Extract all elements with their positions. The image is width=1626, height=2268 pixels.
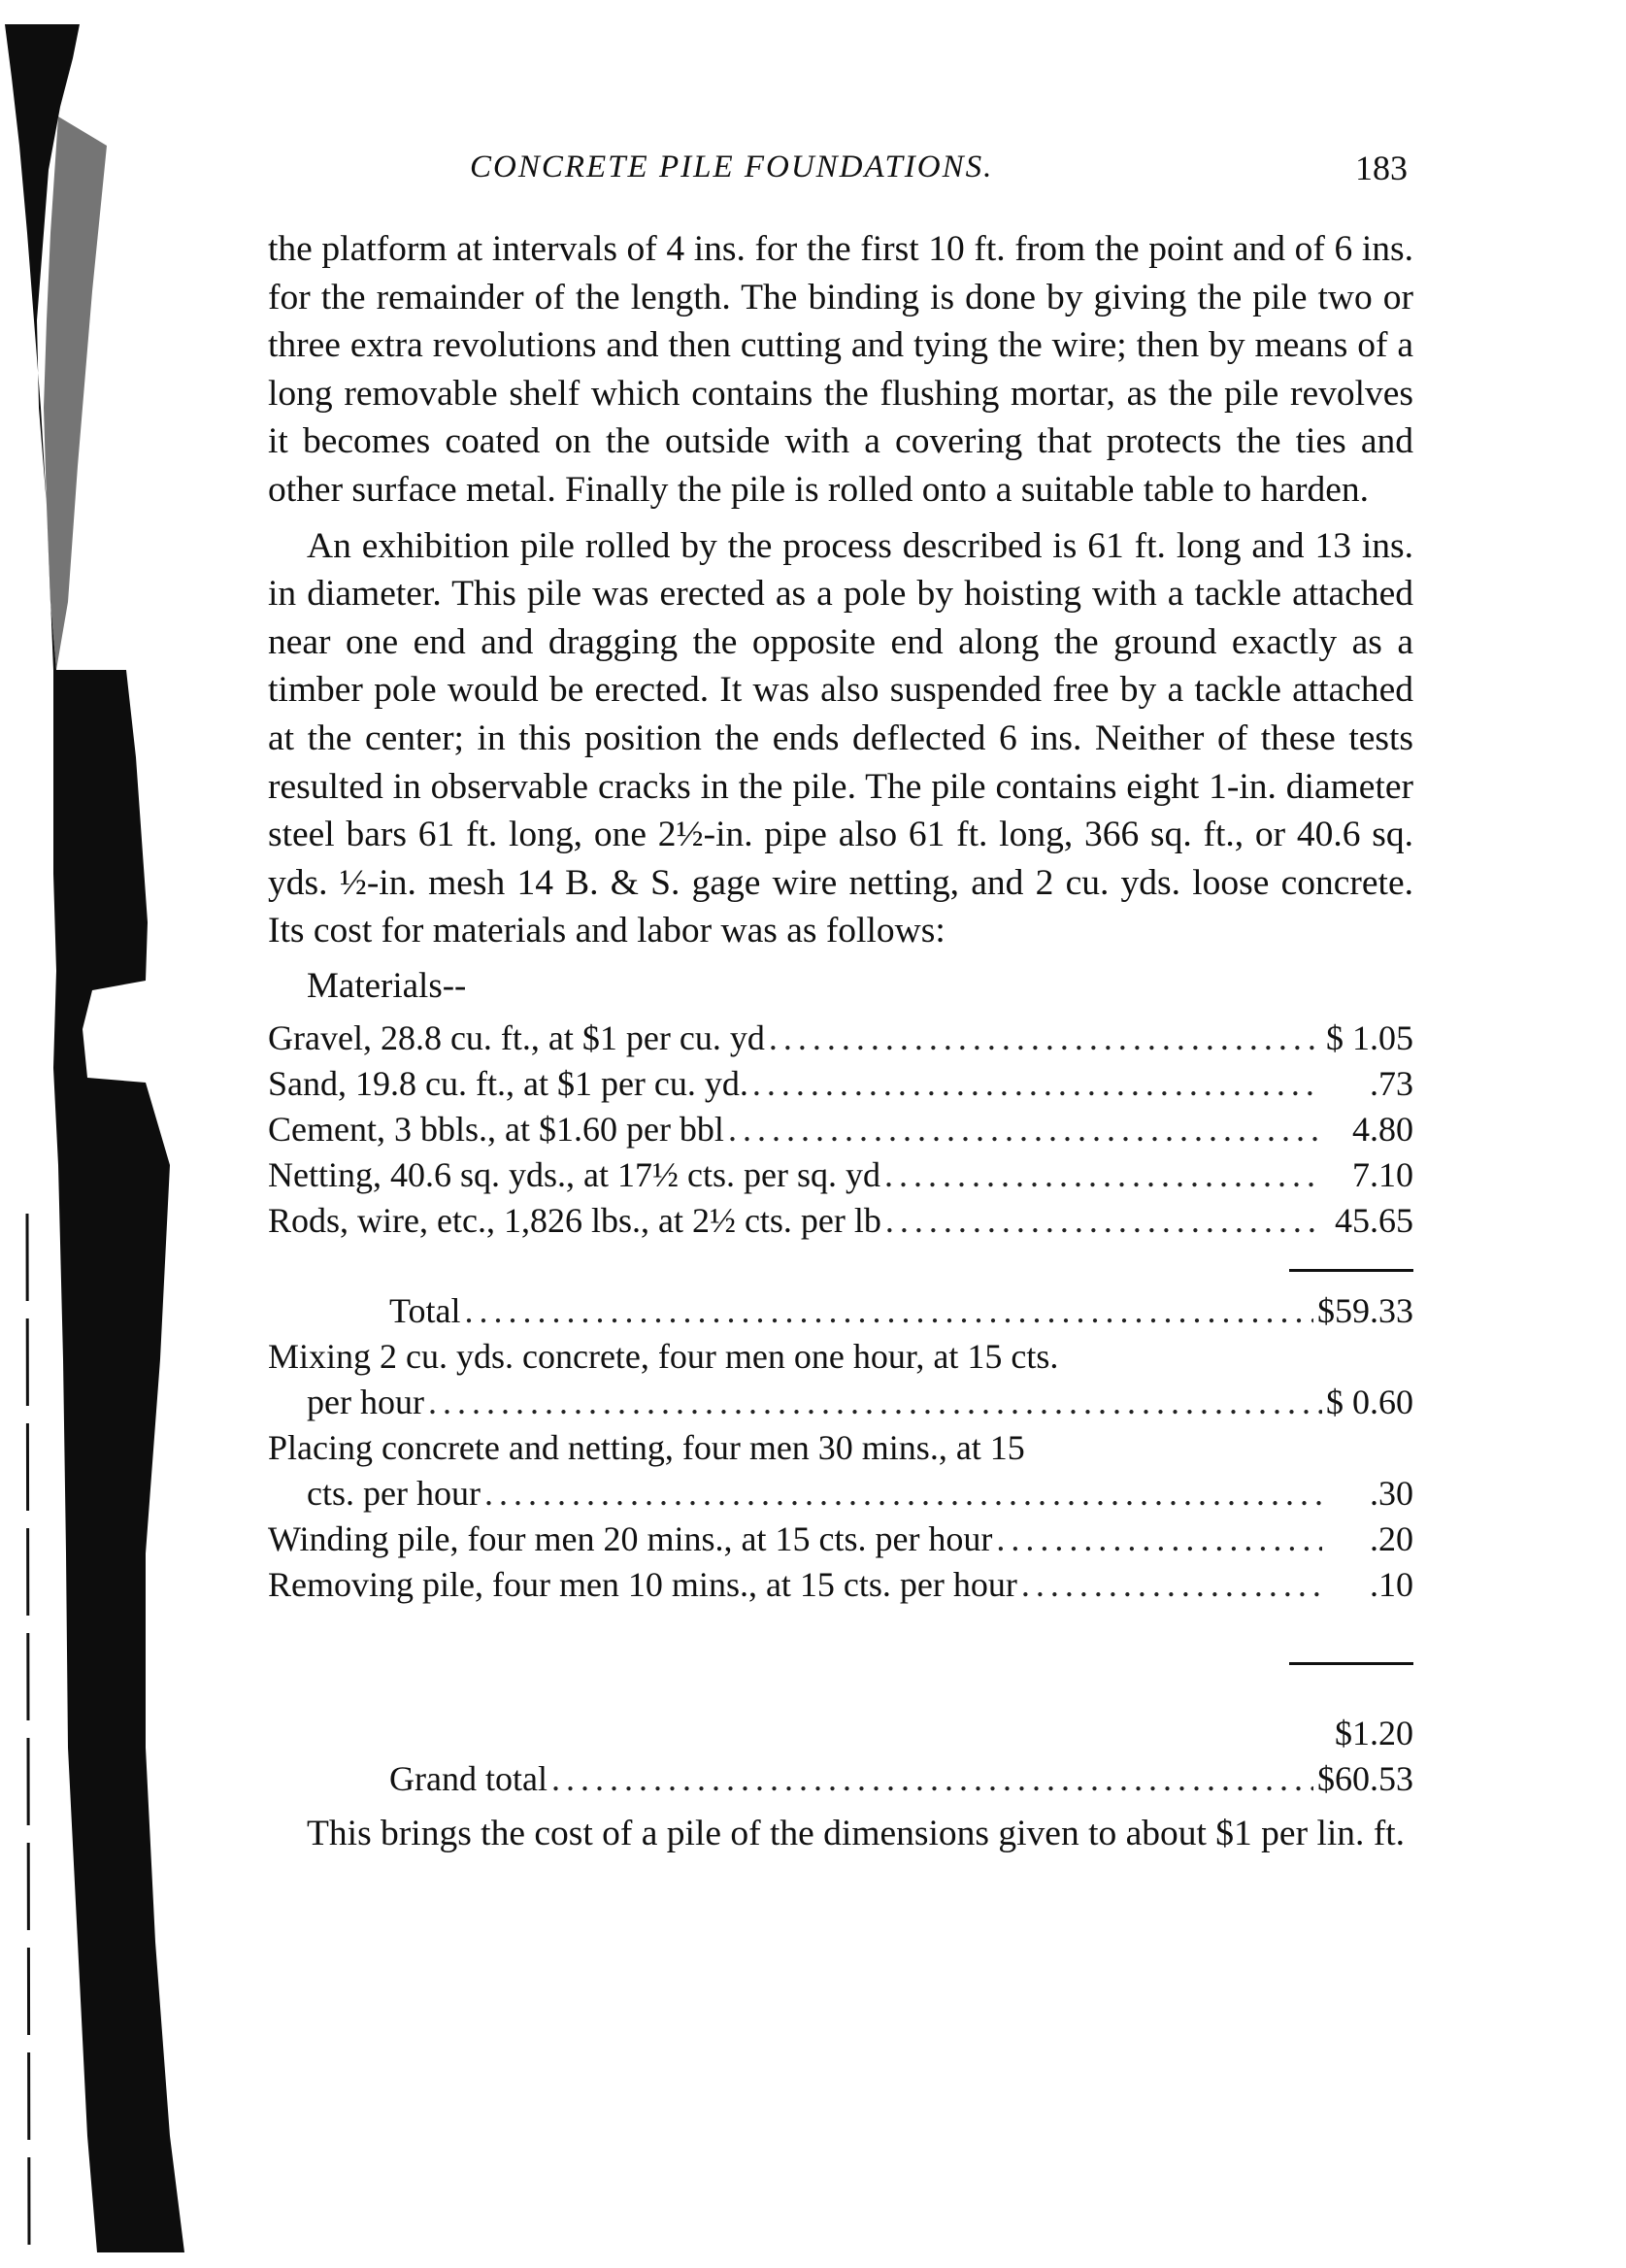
- cost-amount: .73: [1326, 1061, 1413, 1107]
- binding-shadow-graphic: [0, 0, 252, 2268]
- cost-row-netting: Netting, 40.6 sq. yds., at 17½ cts. per …: [268, 1152, 1413, 1198]
- leader-dots: [885, 1198, 1322, 1244]
- labor-row-placing-line1: Placing concrete and netting, four men 3…: [268, 1425, 1413, 1471]
- leader-dots: [996, 1517, 1322, 1562]
- spacer: [268, 1682, 1413, 1711]
- page-number: 183: [1355, 148, 1408, 188]
- cost-amount: .10: [1326, 1562, 1413, 1608]
- cost-item-cont: cts. per hour: [268, 1471, 481, 1517]
- grand-total-row: Grand total $60.53: [268, 1756, 1413, 1802]
- running-title: CONCRETE PILE FOUNDATIONS.: [470, 150, 993, 185]
- cost-item-cont: per hour: [268, 1380, 424, 1425]
- leader-dots: [752, 1061, 1322, 1107]
- cost-item: Removing pile, four men 10 mins., at 15 …: [268, 1562, 1017, 1608]
- leader-dots: [769, 1016, 1322, 1061]
- leader-dots: [551, 1756, 1313, 1802]
- rule-divider: [1289, 1269, 1413, 1272]
- cost-amount: 7.10: [1326, 1152, 1413, 1198]
- materials-total-row: Total $59.33: [268, 1288, 1413, 1334]
- sum-rule: [268, 1244, 1413, 1288]
- paragraph-exhibition-pile: An exhibition pile rolled by the process…: [268, 522, 1413, 955]
- total-label: Total: [268, 1288, 460, 1334]
- leader-dots: [884, 1152, 1322, 1198]
- labor-row-winding: Winding pile, four men 20 mins., at 15 c…: [268, 1517, 1413, 1562]
- labor-row-mixing-line2: per hour $ 0.60: [268, 1380, 1413, 1425]
- sum-rule: [268, 1637, 1413, 1682]
- cost-row-cement: Cement, 3 bbls., at $1.60 per bbl 4.80: [268, 1107, 1413, 1152]
- labor-row-removing: Removing pile, four men 10 mins., at 15 …: [268, 1562, 1413, 1608]
- grand-total-label: Grand total: [268, 1756, 548, 1802]
- scan-binding-shadow: [0, 0, 252, 2268]
- rule-divider: [1289, 1662, 1413, 1665]
- cost-item: Placing concrete and netting, four men 3…: [268, 1425, 1025, 1471]
- cost-amount: 4.80: [1326, 1107, 1413, 1152]
- spacer: [268, 1608, 1413, 1637]
- cost-item: Rods, wire, etc., 1,826 lbs., at 2½ cts.…: [268, 1198, 881, 1244]
- labor-row-mixing-line1: Mixing 2 cu. yds. concrete, four men one…: [268, 1334, 1413, 1380]
- leader-dots: [464, 1288, 1313, 1334]
- running-head: CONCRETE PILE FOUNDATIONS. 183: [268, 146, 1413, 194]
- cost-row-sand: Sand, 19.8 cu. ft., at $1 per cu. yd. .7…: [268, 1061, 1413, 1107]
- cost-amount: .30: [1326, 1471, 1413, 1517]
- cost-amount: .20: [1326, 1517, 1413, 1562]
- grand-total-amount: $60.53: [1317, 1756, 1413, 1802]
- leader-dots: [1021, 1562, 1322, 1608]
- cost-item: Cement, 3 bbls., at $1.60 per bbl: [268, 1107, 724, 1152]
- cost-row-rods: Rods, wire, etc., 1,826 lbs., at 2½ cts.…: [268, 1198, 1413, 1244]
- paragraph-continued: the platform at intervals of 4 ins. for …: [268, 225, 1413, 515]
- cost-item: Sand, 19.8 cu. ft., at $1 per cu. yd.: [268, 1061, 748, 1107]
- materials-label: Materials--: [307, 963, 1413, 1010]
- cost-table: Gravel, 28.8 cu. ft., at $1 per cu. yd $…: [268, 1016, 1413, 1802]
- cost-amount: $ 0.60: [1326, 1380, 1413, 1425]
- cost-item: Netting, 40.6 sq. yds., at 17½ cts. per …: [268, 1152, 880, 1198]
- page-body: the platform at intervals of 4 ins. for …: [268, 225, 1413, 1858]
- cost-item: Winding pile, four men 20 mins., at 15 c…: [268, 1517, 992, 1562]
- cost-item: Mixing 2 cu. yds. concrete, four men one…: [268, 1334, 1058, 1380]
- labor-row-placing-line2: cts. per hour .30: [268, 1471, 1413, 1517]
- labor-total-row: $1.20: [268, 1711, 1413, 1756]
- cost-row-gravel: Gravel, 28.8 cu. ft., at $1 per cu. yd $…: [268, 1016, 1413, 1061]
- cost-amount: $ 1.05: [1326, 1016, 1413, 1061]
- labor-total-amount: $1.20: [1326, 1711, 1413, 1756]
- leader-dots: [484, 1471, 1322, 1517]
- closing-paragraph: This brings the cost of a pile of the di…: [268, 1810, 1413, 1858]
- total-amount: $59.33: [1317, 1288, 1413, 1334]
- leader-dots: [728, 1107, 1322, 1152]
- leader-dots: [428, 1380, 1322, 1425]
- cost-amount: 45.65: [1326, 1198, 1413, 1244]
- cost-item: Gravel, 28.8 cu. ft., at $1 per cu. yd: [268, 1016, 765, 1061]
